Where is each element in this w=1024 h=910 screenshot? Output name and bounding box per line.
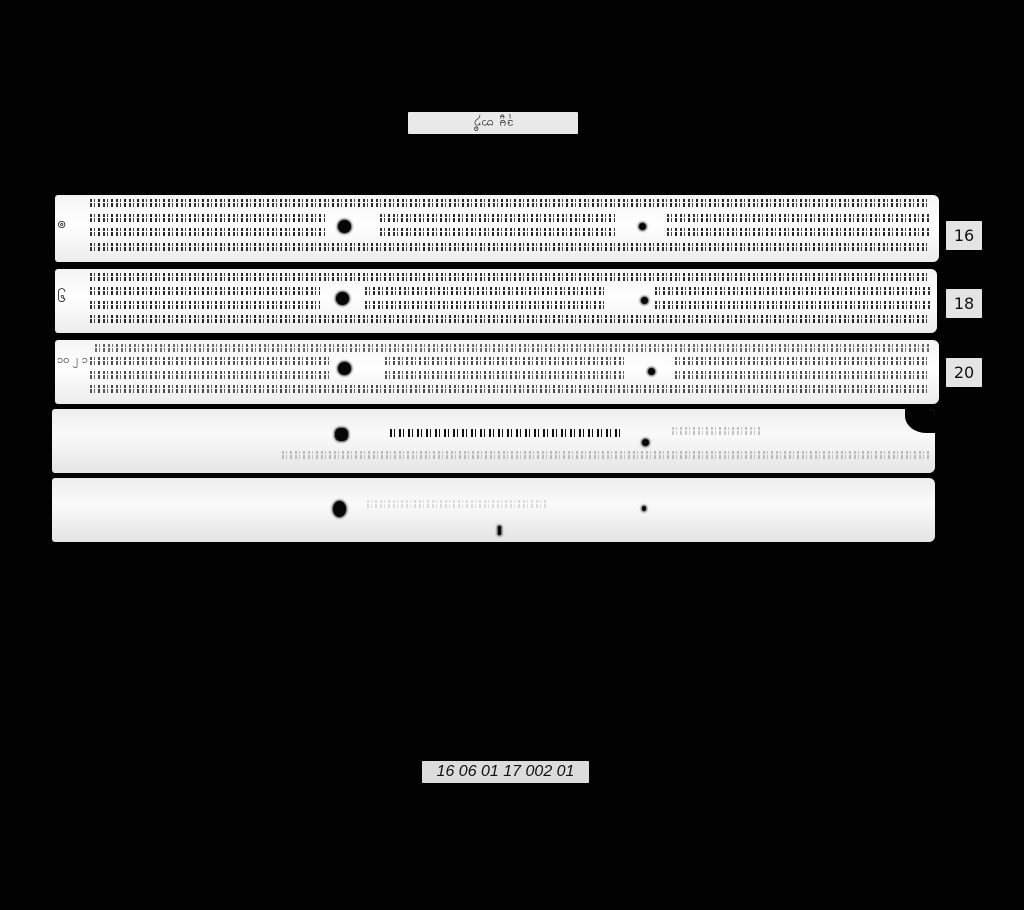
string-hole [338, 362, 351, 375]
show-through-line [282, 451, 932, 461]
string-hole [333, 501, 346, 517]
script-line [90, 243, 930, 253]
string-hole [642, 506, 646, 511]
manuscript-leaf-3: ၁၀ ၂ ၁ Four lines of finer handwritten B… [55, 340, 939, 404]
string-hole [642, 439, 649, 446]
reel-id-text: 16 06 01 17 002 01 [437, 763, 575, 781]
script-line [667, 214, 929, 224]
manuscript-leaf-2: ၆ Four lines of handwritten Burmese/Pali… [55, 269, 937, 333]
manuscript-leaf-1: ၜ Four lines of handwritten Burmese/Pali… [55, 195, 939, 262]
script-line [667, 228, 929, 238]
script-line [90, 228, 325, 238]
string-hole [335, 428, 348, 441]
string-hole [338, 220, 351, 233]
script-line [90, 273, 930, 283]
show-through-line [367, 500, 547, 510]
title-script-ink [390, 427, 620, 439]
script-line [380, 228, 615, 238]
script-line [675, 371, 930, 381]
script-line [365, 301, 605, 311]
leaf-number: 18 [954, 294, 974, 313]
script-line [90, 371, 330, 381]
script-line [90, 385, 930, 395]
show-through-line [672, 427, 762, 437]
script-line [90, 287, 320, 297]
margin-mark: ၜ [57, 215, 66, 231]
script-line [675, 357, 930, 367]
leaf-content-description: Four lines of finer handwritten Burmese/… [55, 340, 56, 341]
script-line [90, 301, 320, 311]
script-line [655, 287, 930, 297]
script-line [90, 315, 930, 325]
leaf-number: 16 [954, 226, 974, 245]
leaf-number-tag: 20 [946, 358, 982, 387]
string-hole [639, 223, 646, 230]
title-label: ဒုမ္မ ဗာ႒ီ [408, 112, 578, 134]
string-hole [641, 297, 648, 304]
leaf-number-tag: 18 [946, 289, 982, 318]
script-line [655, 301, 930, 311]
margin-mark: ၁၀ ၂ ၁ [57, 354, 88, 365]
script-line [385, 371, 625, 381]
script-line [90, 357, 330, 367]
manuscript-leaf-4: Single title line in Burmese script betw… [52, 409, 935, 473]
margin-mark: ၆ [57, 289, 66, 305]
script-line [90, 214, 325, 224]
ink-mark [498, 526, 501, 535]
string-hole [336, 292, 349, 305]
leaf-title-text [390, 424, 620, 441]
script-line [385, 357, 625, 367]
manuscript-leaf-5: Blank leaf with faint show-through and s… [52, 478, 935, 542]
leaf-number-tag: 16 [946, 221, 982, 250]
title-label-text: ဒုမ္မ ဗာ႒ီ [473, 114, 514, 132]
script-line [380, 214, 615, 224]
reel-id-label: 16 06 01 17 002 01 [422, 761, 589, 783]
script-line [90, 199, 930, 209]
string-hole [648, 368, 655, 375]
script-line [95, 344, 930, 354]
leaf-number: 20 [954, 363, 974, 382]
leaf-content-description: Four lines of handwritten Burmese/Pali s… [55, 269, 56, 270]
torn-edge [905, 409, 935, 433]
leaf-content-description: Blank leaf with faint show-through and s… [52, 478, 53, 479]
script-line [365, 287, 605, 297]
leaf-content-description: Four lines of handwritten Burmese/Pali s… [55, 195, 56, 196]
leaf-content-description: Single title line in Burmese script betw… [52, 409, 53, 410]
